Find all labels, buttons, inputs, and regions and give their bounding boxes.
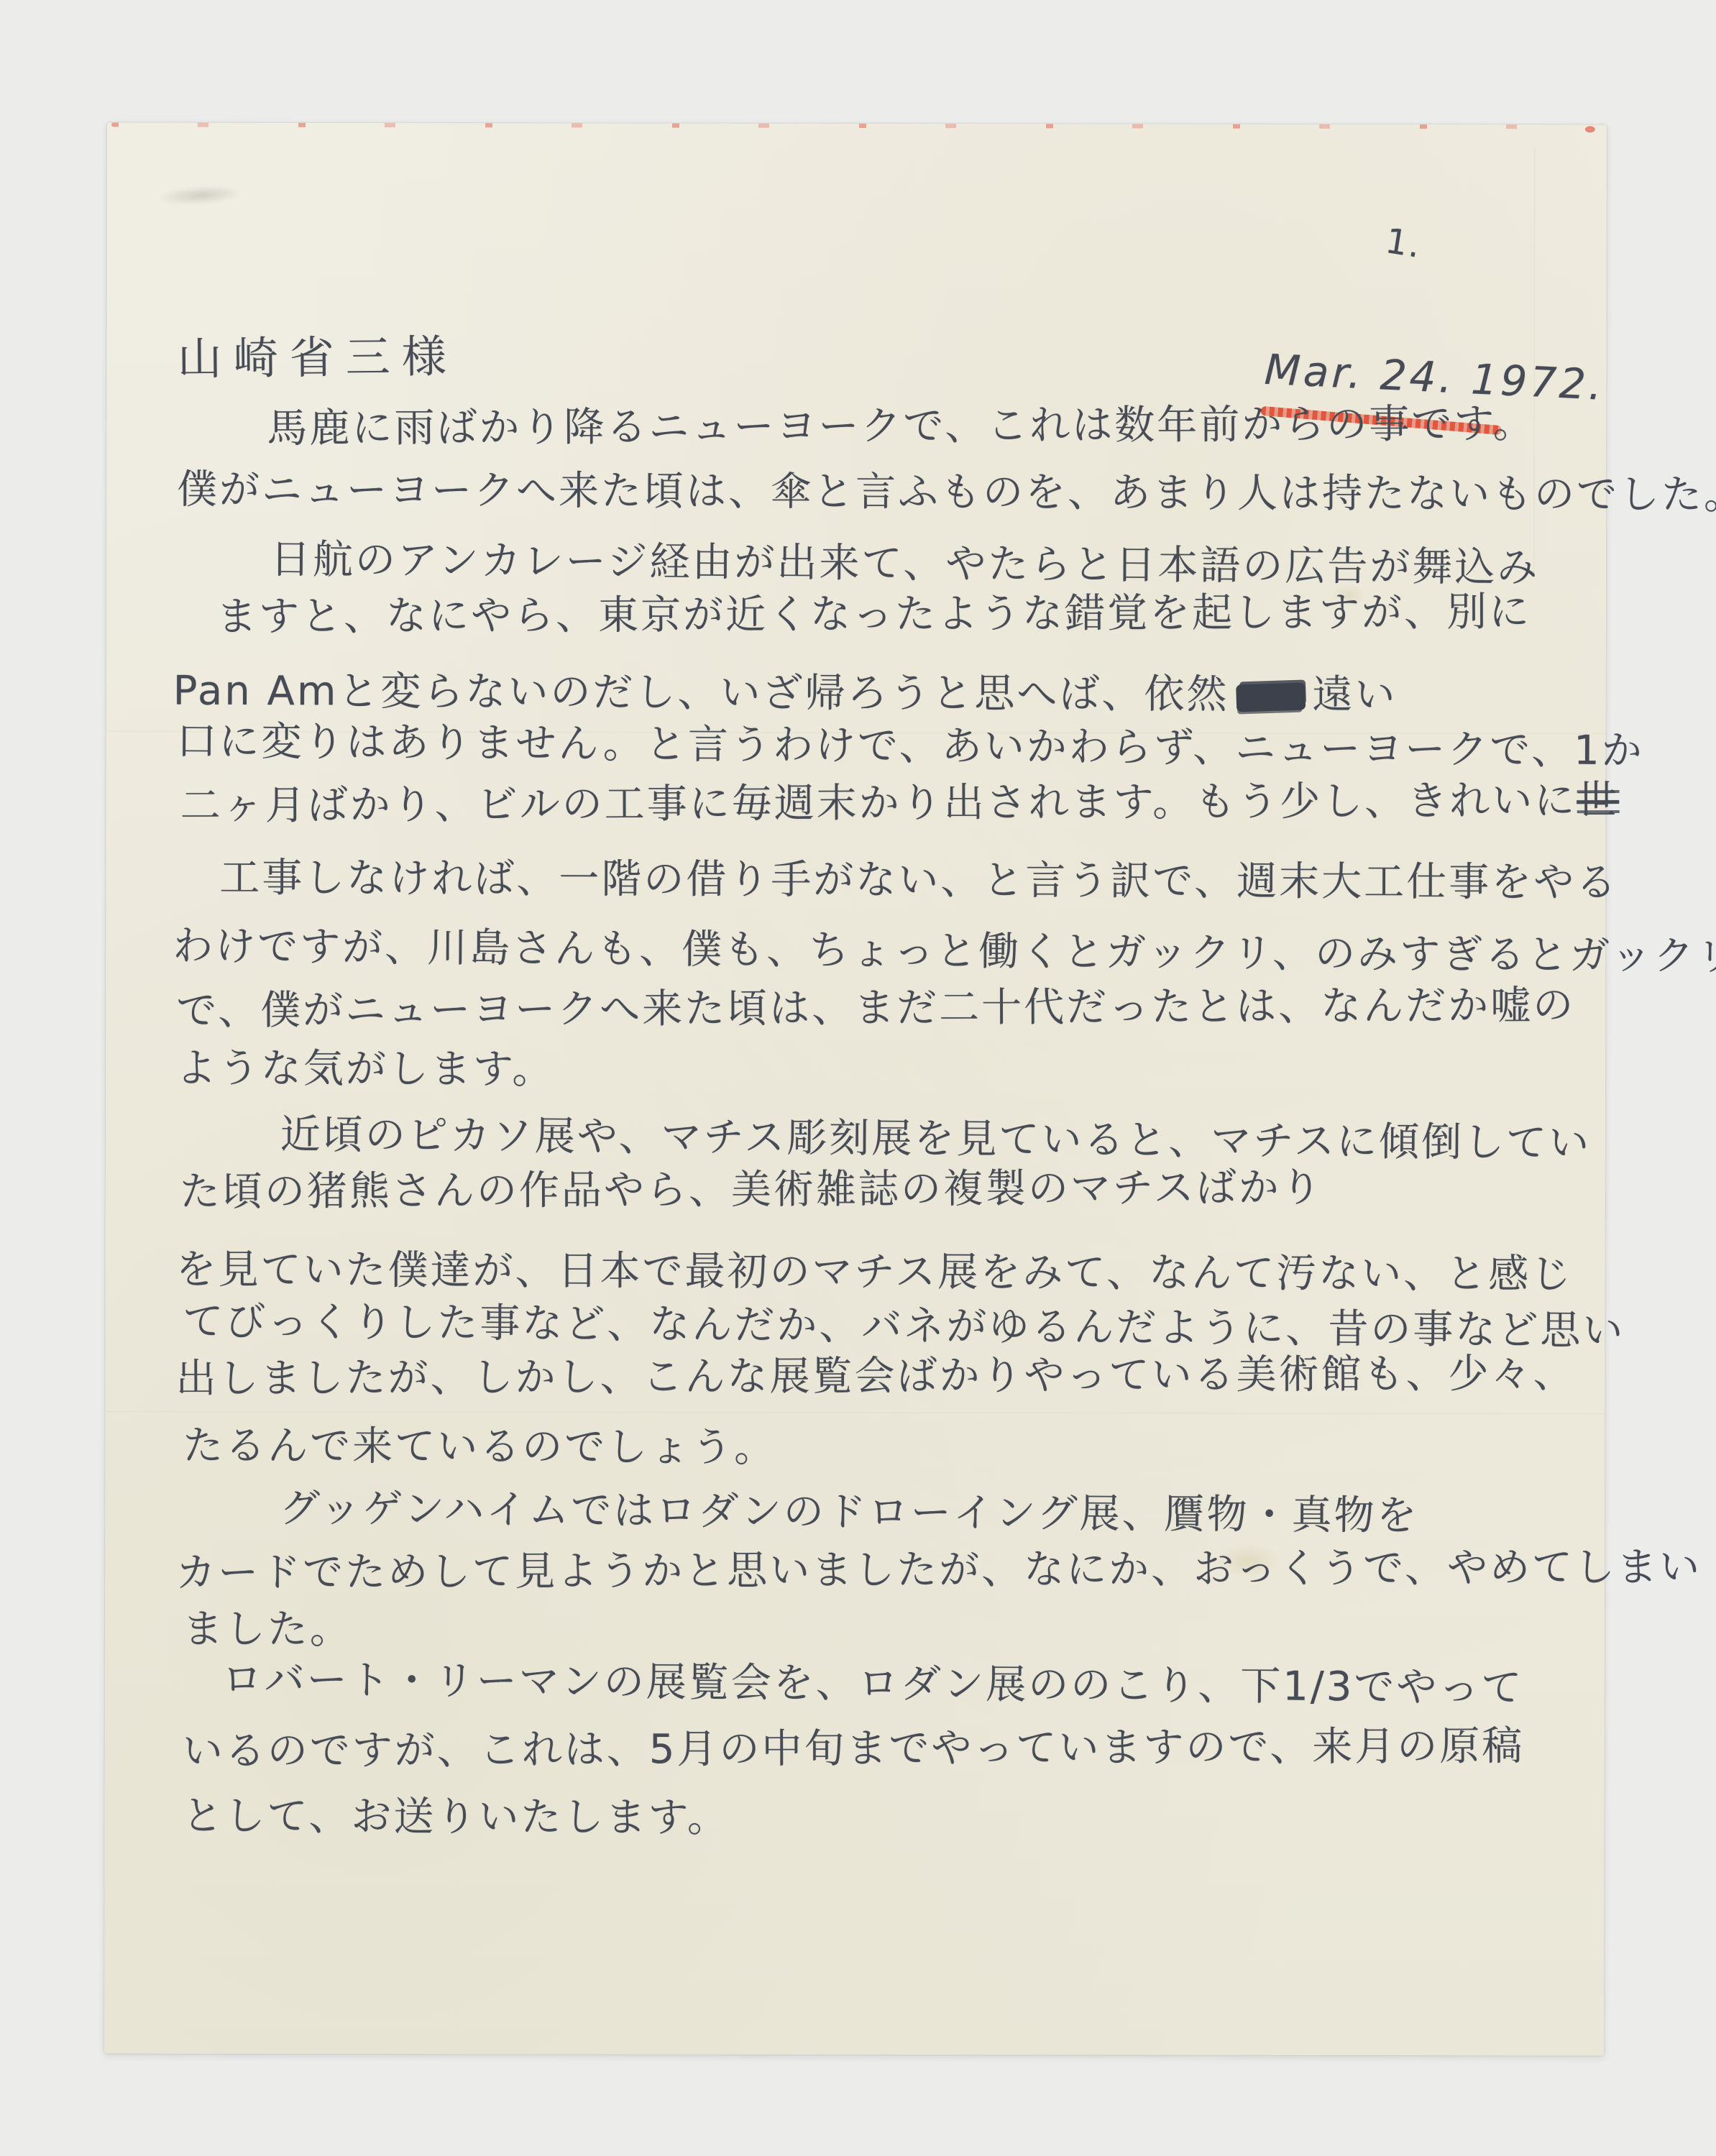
letter-line: 二ヶ月ばかり、ビルの工事に毎週末かり出されます。もう少し、きれいに世 [180,781,1620,827]
scribbled-out-word [1236,683,1306,712]
line-text: 二ヶ月ばかり、ビルの工事に毎週末かり出されます。もう少し、きれいに [180,777,1577,829]
letter-line: 工事しなければ、一階の借り手がない、と言う訳で、週末大工仕事をやる [219,858,1618,904]
red-corner-dot [1585,126,1595,132]
struck-out-character: 世 [1577,777,1619,824]
salutation: 山崎省三様 [177,334,458,382]
red-edge-marks [111,123,1592,129]
letter-line: てびっくりした事など、なんだか、バネがゆるんだように、昔の事など思い [183,1302,1625,1352]
letter-line: た頃の猪熊さんの作品やら、美術雑誌の複製のマチスばかり [180,1168,1323,1213]
letter-line: グッゲンハイムではロダンのドローイング展、贋物・真物を [280,1489,1419,1537]
letter-line: 馬鹿に雨ばかり降るニューヨークで、これは数年前からの事です。 [267,404,1536,449]
line-text: Pan Amと変らないのだし、いざ帰ろうと思へば、依然 [173,668,1229,718]
letter-line: 口に変りはありません。と言うわけで、あいかわらず、ニューヨークで、1か [176,722,1644,772]
pencil-smudge [157,183,244,208]
letter-date: Mar. 24. 1972. [1264,349,1606,406]
page-number: 1. [1383,224,1424,263]
letter-line: 僕がニューヨークへ来た頃は、傘と言ふものを、あまり人は持たないものでした。 [177,470,1716,516]
letter-line: たるんで来ているのでしょう。 [183,1426,776,1469]
letter-line: カードでためして見ようかと思いましたが、なにか、おっくうで、やめてしまい [175,1548,1702,1594]
letter-line: ますと、なにやら、東京が近くなったような錯覚を起しますが、別に [216,592,1531,638]
letter-line: 近頃のピカソ展や、マチス彫刻展を見ていると、マチスに傾倒してい [280,1115,1592,1164]
letter-line: で、僕がニューヨークへ来た頃は、まだ二十代だったとは、なんだか嘘の [176,986,1575,1031]
letter-line: Pan Amと変らないのだし、いざ帰ろうと思へば、依然遠い [173,671,1398,716]
letter-line: 日航のアンカレージ経由が出来て、やたらと日本語の広告が舞込み [270,540,1540,589]
letter-paper-sheet: 1. Mar. 24. 1972. 山崎省三様 馬鹿に雨ばかり降るニューヨークで… [104,123,1607,2056]
fold-crease [105,1411,1605,1416]
letter-line: 出しましたが、しかし、こんな展覧会ばかりやっている美術館も、少々、 [175,1354,1575,1399]
letter-line: ました。 [183,1610,352,1651]
letter-line: ような気がします。 [176,1049,555,1091]
letter-line: ロバート・リーマンの展覧会を、ロダン展ののこり、下1/3でやって [222,1660,1524,1709]
scanned-letter-page: { "document": { "page_number": "1.", "da… [0,0,1716,2156]
letter-line: を見ていた僕達が、日本で最初のマチス展をみて、なんて汚ない、と感じ [175,1250,1573,1295]
letter-line: わけですが、川島さんも、僕も、ちょっと働くとガックリ、のみすぎるとガックリ [173,927,1716,977]
line-text: 遠い [1312,671,1397,718]
letter-line: として、お送りいたします。 [182,1797,730,1839]
letter-line: いるのですが、これは、5月の中旬までやっていますので、来月の原稿 [183,1727,1525,1772]
